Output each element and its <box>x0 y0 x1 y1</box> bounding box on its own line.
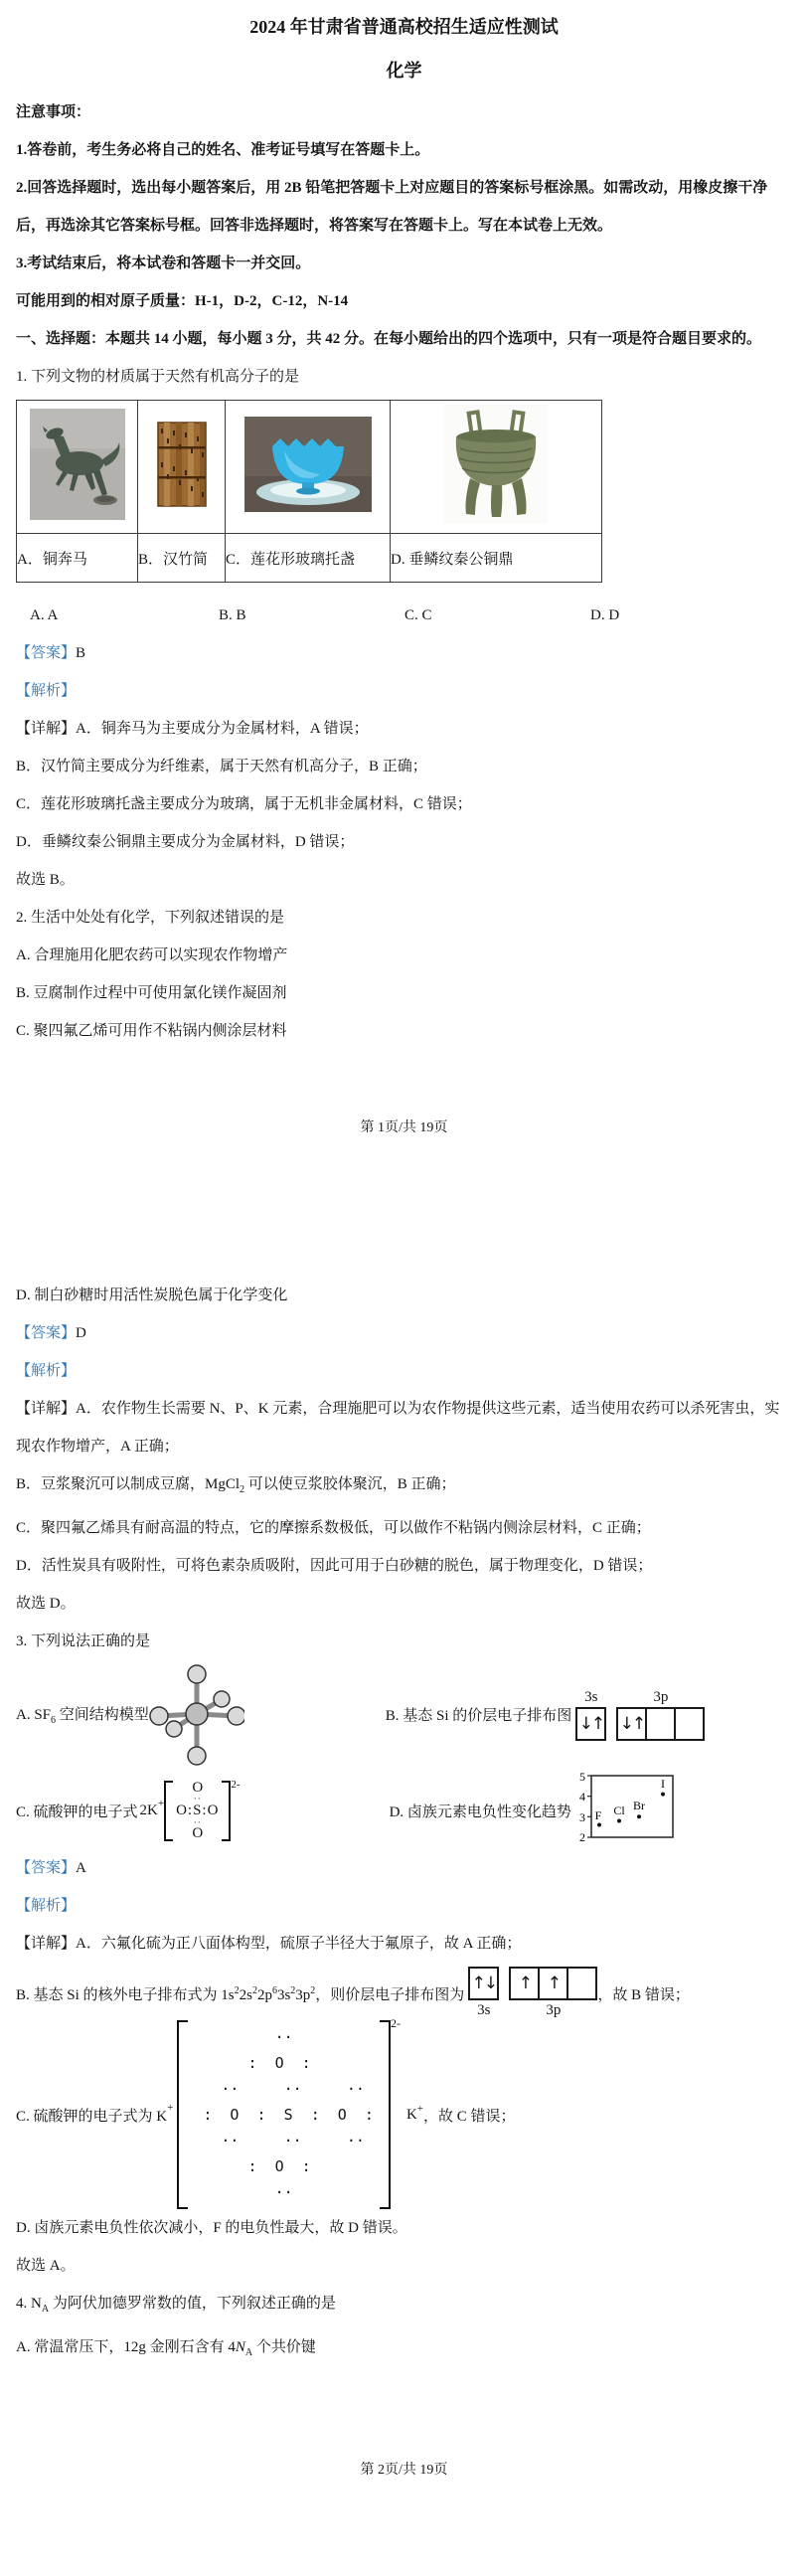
orbital-3p-box-3 <box>674 1707 705 1741</box>
q2-detail-b: B．豆浆聚沉可以制成豆腐，MgCl2 可以使豆浆胶体聚沉，B 正确； <box>16 1465 792 1509</box>
q1-choice-b: B. B <box>219 597 404 634</box>
lewis-charge: 2- <box>391 2016 401 2031</box>
lewis-row: : O : <box>194 2050 374 2076</box>
k-plus-right: K+ <box>406 2107 423 2124</box>
orbital-3p-box-1: ↑ <box>509 1967 540 2000</box>
q3-options-ab-row: A. SF6 空间结构模型 B. 基态 Si 的价层电子排布图 3s ↓↑ 3p <box>16 1662 792 1766</box>
glass-cup-cell <box>226 401 391 534</box>
sf6-ball-stick-model <box>149 1662 244 1766</box>
artifact-image-row <box>17 401 602 534</box>
q1-choice-a: A. A <box>30 597 219 634</box>
bond-dots-top: ·· <box>194 1796 202 1803</box>
q1-choice-c: C. C <box>404 597 590 634</box>
q1-detail-d: D．垂鳞纹秦公铜鼎主要成分为金属材料，D 错误； <box>16 823 792 861</box>
caption-bronze-horse: A．铜奔马 <box>17 534 138 583</box>
k-symbol: K <box>406 2107 417 2123</box>
orbital-3p-box-1: ↓↑ <box>616 1707 647 1741</box>
q2-answer-value: D <box>76 1325 86 1341</box>
subject-title: 化学 <box>16 56 792 86</box>
ytick-3: 3 <box>579 1810 585 1824</box>
q3-option-c-label: C. 硫酸钾的电子式 <box>16 1801 138 1821</box>
qin-bronze-ding-image <box>444 405 548 524</box>
analysis-label: 【解析】 <box>16 683 76 699</box>
q3-answer-line: 【答案】A <box>16 1849 792 1887</box>
orbital-3s-box: ↓↑ <box>575 1707 606 1741</box>
orbital-3p-label: 3p <box>653 1687 668 1707</box>
formula-stack: O ·· O:S:O ·· O <box>173 1781 222 1841</box>
ytick-2: 2 <box>579 1830 585 1844</box>
caption-bamboo-slips: B．汉竹简 <box>138 534 226 583</box>
orbital-3p-boxes: ↑ ↑ <box>509 1967 597 2000</box>
q3-option-d-label: D. 卤族元素电负性变化趋势 <box>390 1801 571 1821</box>
q1-artifact-table: A．铜奔马 B．汉竹简 C．莲花形玻璃托盏 D. 垂鳞纹秦公铜鼎 <box>16 400 602 583</box>
q3-detail-c-pre: C. 硫酸钾的电子式为 K <box>16 2105 167 2126</box>
q3-analysis-line: 【解析】 <box>16 1887 792 1925</box>
q3-detail-c-post: ，故 C 错误； <box>423 2105 516 2126</box>
orbital-3p-box-2: ↑ <box>538 1967 568 2000</box>
artifact-caption-row: A．铜奔马 B．汉竹简 C．莲花形玻璃托盏 D. 垂鳞纹秦公铜鼎 <box>17 534 602 583</box>
page-title: 2024 年甘肃省普通高校招生适应性测试 <box>16 12 792 42</box>
lewis-row: : O : S : O : <box>194 2102 374 2128</box>
q1-choice-d: D. D <box>590 597 792 634</box>
q2-option-a: A. 合理施用化肥农药可以实现农作物增产 <box>16 937 792 974</box>
k2so4-electron-formula: 2K+ O ·· O:S:O ·· O 2- <box>140 1781 241 1841</box>
formula-charge: 2- <box>231 1779 240 1791</box>
notice-3: 3.考试结束后，将本试卷和答题卡一并交回。 <box>16 245 792 282</box>
q2-detail-d: D．活性炭具有吸附性，可将色素杂质吸附，因此可用于白砂糖的脱色，属于物理变化，D… <box>16 1547 792 1585</box>
bronze-galloping-horse-image <box>30 409 125 520</box>
lewis-row: : O : <box>194 2153 374 2179</box>
lewis-grid: ·· : O : ·· ·· ·· : O : S : O : ·· ·· ··… <box>188 2020 380 2209</box>
orbital-3p-label: 3p <box>546 2000 561 2020</box>
point-label-f: F <box>595 1808 602 1822</box>
q2-detail-c: C．聚四氟乙烯具有耐高温的特点，它的摩擦系数极低，可以做作不粘锅内侧涂层材料，C… <box>16 1509 792 1547</box>
orbital-3s-group: ↑↓ 3s <box>468 1967 499 2020</box>
caption-bronze-ding: D. 垂鳞纹秦公铜鼎 <box>391 534 602 583</box>
q3-detail-b-row: B. 基态 Si 的核外电子排布式为 1s22s22p63s23p2，则价层电子… <box>16 1967 792 2020</box>
caption-glass-cup: C．莲花形玻璃托盏 <box>226 534 391 583</box>
answer-label: 【答案】 <box>16 1325 76 1341</box>
k2so4-lewis-structure: ·· : O : ·· ·· ·· : O : S : O : ·· ·· ··… <box>177 2020 401 2209</box>
point-label-br: Br <box>633 1799 645 1812</box>
notice-2: 2.回答选择题时，选出每小题答案后，用 2B 铅笔把答题卡上对应题目的答案标号框… <box>16 169 792 245</box>
point-label-i: I <box>661 1777 665 1791</box>
q2-option-d: D. 制白砂糖时用活性炭脱色属于化学变化 <box>16 1277 792 1314</box>
k-plus-left: + <box>167 2102 173 2114</box>
han-bamboo-slips-image <box>153 419 211 510</box>
orbital-3s-label: 3s <box>477 2000 490 2020</box>
ytick-5: 5 <box>579 1772 585 1784</box>
answer-label: 【答案】 <box>16 1860 76 1876</box>
plus-sup: + <box>417 2103 423 2115</box>
exam-document-page: 2024 年甘肃省普通高校招生适应性测试 化学 注意事项： 1.答卷前，考生务必… <box>0 12 808 2490</box>
q3-detail-b-text: B. 基态 Si 的核外电子排布式为 1s22s22p63s23p2，则价层电子… <box>16 1983 464 2004</box>
middle-row: O:S:O <box>176 1803 219 1819</box>
electronegativity-trend-chart: 5 4 3 2 F Cl Br I <box>575 1772 681 1849</box>
atomic-masses: 可能用到的相对原子质量：H-1，D-2，C-12，N-14 <box>16 282 792 320</box>
point-label-cl: Cl <box>613 1803 625 1817</box>
q3-option-b-label: B. 基态 Si 的价层电子排布图 <box>386 1704 572 1725</box>
q2-detail-a: 【详解】A．农作物生长需要 N、P、K 元素，合理施肥可以为农作物提供这些元素，… <box>16 1390 792 1465</box>
ytick-4: 4 <box>579 1790 585 1803</box>
q2-answer-line: 【答案】D <box>16 1314 792 1352</box>
q3-detail-b-post: ，故 B 错误； <box>597 1983 690 2004</box>
orbital-3p-box-3 <box>566 1967 597 2000</box>
q2-option-c: C. 聚四氟乙烯可用作不粘锅内侧涂层材料 <box>16 1012 792 1050</box>
q4-option-a: A. 常温常压下，12g 金刚石含有 4NA 个共价键 <box>16 2328 792 2372</box>
q3-detail-b-orbital-diagram: ↑↓ 3s ↑ ↑ 3p <box>468 1967 597 2020</box>
q3-detail-c-row: C. 硫酸钾的电子式为 K+ ·· : O : ·· ·· ·· : O : S… <box>16 2020 792 2209</box>
lewis-row: ·· <box>194 2024 374 2050</box>
orbital-3p-group: 3p ↓↑ <box>616 1687 705 1741</box>
q1-choices-row: A. A B. B C. C D. D <box>16 597 792 634</box>
page-2-footer: 第 2页/共 19页 <box>16 2452 792 2490</box>
bronze-horse-cell <box>17 401 138 534</box>
analysis-label: 【解析】 <box>16 1363 76 1379</box>
q1-answer-value: B <box>76 645 85 661</box>
notice-1: 1.答卷前，考生务必将自己的姓名、准考证号填写在答题卡上。 <box>16 131 792 169</box>
q2-stem: 2. 生活中处处有化学，下列叙述错误的是 <box>16 899 792 937</box>
q3-detail-d: D. 卤族元素电负性依次减小，F 的电负性最大，故 D 错误。 <box>16 2209 792 2247</box>
orbital-3p-box-2 <box>645 1707 676 1741</box>
lewis-row: ·· ·· ·· <box>194 2128 374 2153</box>
q1-detail-a: 【详解】A．铜奔马为主要成分为金属材料，A 错误； <box>16 710 792 748</box>
q2-conclusion: 故选 D。 <box>16 1585 792 1623</box>
page-1-footer: 第 1页/共 19页 <box>16 1110 792 1147</box>
right-bracket <box>380 2020 391 2209</box>
q1-analysis-line: 【解析】 <box>16 672 792 710</box>
q1-conclusion: 故选 B。 <box>16 861 792 899</box>
q2-analysis-line: 【解析】 <box>16 1352 792 1390</box>
lewis-row: ·· ·· ·· <box>194 2076 374 2102</box>
q2-option-b: B. 豆腐制作过程中可使用氯化镁作凝固剂 <box>16 974 792 1012</box>
orbital-3s-label: 3s <box>584 1687 597 1707</box>
q1-stem: 1. 下列文物的材质属于天然有机高分子的是 <box>16 358 792 396</box>
q1-answer-line: 【答案】B <box>16 634 792 672</box>
orbital-3s-box: ↑↓ <box>468 1967 499 2000</box>
q4-stem: 4. NA 为阿伏加德罗常数的值，下列叙述正确的是 <box>16 2285 792 2328</box>
q3-detail-a: 【详解】A．六氟化硫为正八面体构型，硫原子半径大于氟原子，故 A 正确； <box>16 1925 792 1963</box>
lewis-row: ·· <box>194 2179 374 2205</box>
orbital-3s-group: 3s ↓↑ <box>575 1687 606 1741</box>
q3-conclusion: 故选 A。 <box>16 2247 792 2285</box>
formula-plus: + <box>158 1798 164 1809</box>
right-bracket <box>222 1781 231 1841</box>
bottom-oxygen: O <box>192 1826 203 1841</box>
left-bracket <box>177 2020 188 2209</box>
q3-options-cd-row: C. 硫酸钾的电子式 2K+ O ·· O:S:O ·· O 2- D. 卤族元… <box>16 1772 792 1849</box>
bronze-ding-cell <box>391 401 602 534</box>
q3b-orbital-diagram: 3s ↓↑ 3p ↓↑ <box>575 1687 705 1741</box>
q3-stem: 3. 下列说法正确的是 <box>16 1623 792 1660</box>
orbital-3p-group: ↑ ↑ 3p <box>509 1967 597 2020</box>
orbital-3p-boxes: ↓↑ <box>616 1707 705 1741</box>
analysis-label: 【解析】 <box>16 1898 76 1914</box>
q1-detail-c: C．莲花形玻璃托盏主要成分为玻璃，属于无机非金属材料，C 错误； <box>16 785 792 823</box>
bamboo-slips-cell <box>138 401 226 534</box>
notice-heading: 注意事项： <box>16 93 792 131</box>
q1-detail-b: B．汉竹简主要成分为纤维素，属于天然有机高分子，B 正确； <box>16 748 792 785</box>
section-1-heading: 一、选择题：本题共 14 小题，每小题 3 分，共 42 分。在每小题给出的四个… <box>16 320 792 358</box>
left-bracket <box>164 1781 173 1841</box>
lotus-glass-cup-image <box>244 417 372 512</box>
q3-option-a-label: A. SF6 空间结构模型 <box>16 1703 149 1726</box>
formula-prefix: 2K <box>140 1803 158 1819</box>
answer-label: 【答案】 <box>16 645 76 661</box>
q3-answer-value: A <box>76 1860 86 1876</box>
